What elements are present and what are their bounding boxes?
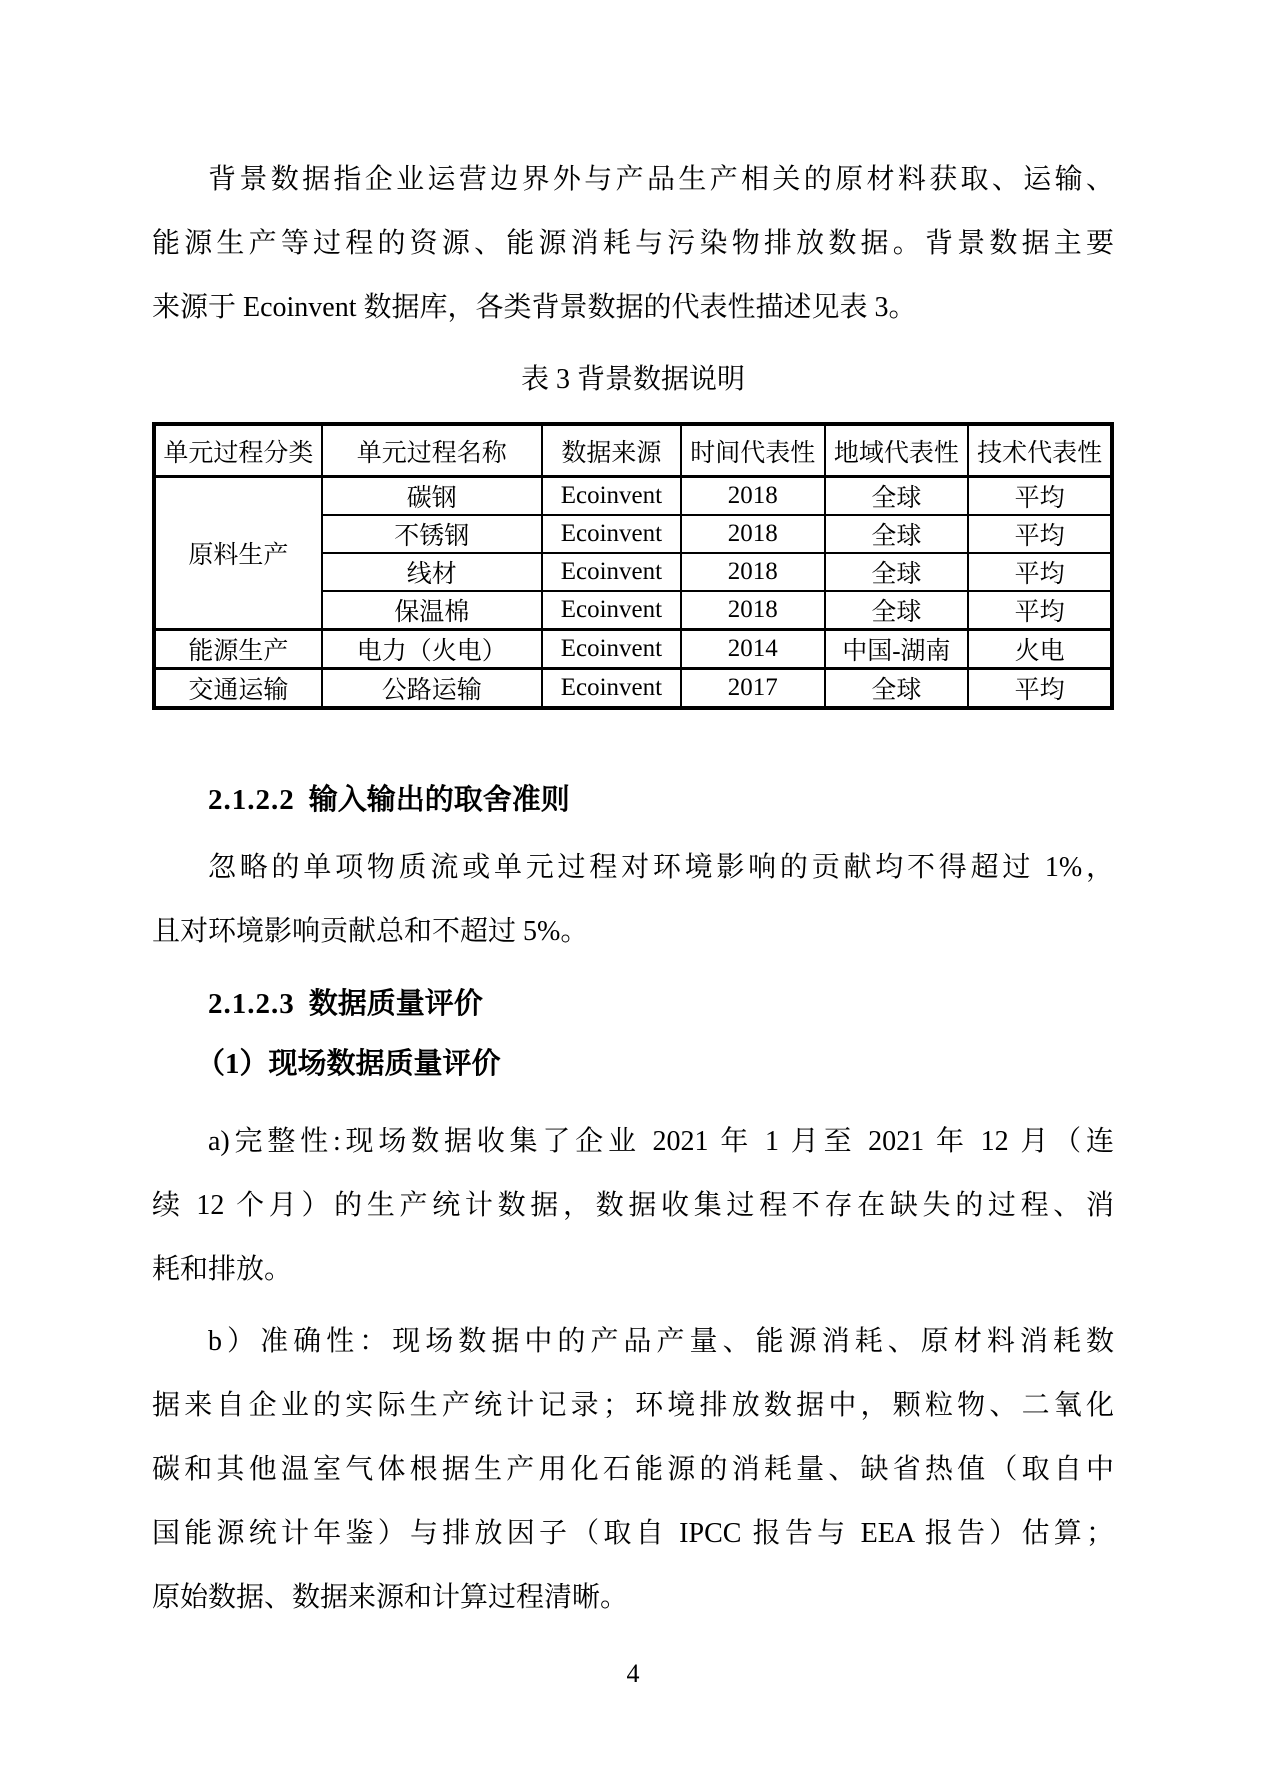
category-cell: 能源生产: [154, 630, 322, 669]
category-cell: 原料生产: [154, 477, 322, 630]
column-header-region: 地域代表性: [825, 424, 969, 477]
document-page: 背景数据指企业运营边界外与产品生产相关的原材料获取、运输、 能源生产等过程的资源…: [0, 0, 1266, 1790]
name-cell: 不锈钢: [322, 515, 542, 553]
source-cell: Ecoinvent: [542, 630, 681, 669]
region-cell: 全球: [825, 553, 969, 591]
name-cell: 公路运输: [322, 669, 542, 709]
column-header-category: 单元过程分类: [154, 424, 322, 477]
name-cell: 保温棉: [322, 591, 542, 630]
tech-cell: 平均: [968, 553, 1112, 591]
time-cell: 2018: [681, 591, 825, 630]
time-cell: 2018: [681, 515, 825, 553]
paragraph-accuracy: b）准确性：现场数据中的产品产量、能源消耗、原材料消耗数 据来自企业的实际生产统…: [152, 1310, 1114, 1630]
name-cell: 线材: [322, 553, 542, 591]
text-line: 背景数据指企业运营边界外与产品生产相关的原材料获取、运输、: [152, 148, 1114, 212]
table-header-row: 单元过程分类 单元过程名称 数据来源 时间代表性 地域代表性 技术代表性: [154, 424, 1112, 477]
table-row: 交通运输 公路运输 Ecoinvent 2017 全球 平均: [154, 669, 1112, 709]
name-cell: 碳钢: [322, 477, 542, 516]
text-line: b）准确性：现场数据中的产品产量、能源消耗、原材料消耗数: [152, 1310, 1114, 1374]
source-cell: Ecoinvent: [542, 553, 681, 591]
tech-cell: 平均: [968, 591, 1112, 630]
section-heading-2-1-2-3: 2.1.2.3数据质量评价: [152, 984, 1114, 1024]
name-cell: 电力（火电）: [322, 630, 542, 669]
page-content: 背景数据指企业运营边界外与产品生产相关的原材料获取、运输、 能源生产等过程的资源…: [152, 0, 1114, 1694]
text-line: 据来自企业的实际生产统计记录；环境排放数据中，颗粒物、二氧化: [152, 1374, 1114, 1438]
region-cell: 全球: [825, 477, 969, 516]
text-line: 碳和其他温室气体根据生产用化石能源的消耗量、缺省热值（取自中: [152, 1438, 1114, 1502]
table-row: 原料生产 碳钢 Ecoinvent 2018 全球 平均: [154, 477, 1112, 516]
time-cell: 2014: [681, 630, 825, 669]
paragraph-cutoff-rules: 忽略的单项物质流或单元过程对环境影响的贡献均不得超过 1%， 且对环境影响贡献总…: [152, 836, 1114, 964]
text-line: 耗和排放。: [152, 1238, 1114, 1302]
section-heading-2-1-2-2: 2.1.2.2输入输出的取舍准则: [152, 780, 1114, 820]
source-cell: Ecoinvent: [542, 515, 681, 553]
section-number: 2.1.2.2: [208, 784, 295, 816]
source-cell: Ecoinvent: [542, 477, 681, 516]
background-data-table: 单元过程分类 单元过程名称 数据来源 时间代表性 地域代表性 技术代表性 原料生…: [152, 422, 1114, 710]
text-line: 国能源统计年鉴）与排放因子（取自 IPCC 报告与 EEA 报告）估算；: [152, 1502, 1114, 1566]
tech-cell: 平均: [968, 515, 1112, 553]
paragraph-completeness: a)完整性:现场数据收集了企业 2021 年 1 月至 2021 年 12 月（…: [152, 1110, 1114, 1302]
region-cell: 全球: [825, 669, 969, 709]
category-cell: 交通运输: [154, 669, 322, 709]
time-cell: 2018: [681, 553, 825, 591]
region-cell: 中国-湖南: [825, 630, 969, 669]
table-caption: 表 3 背景数据说明: [152, 358, 1114, 402]
tech-cell: 平均: [968, 477, 1112, 516]
section-title: 输入输出的取舍准则: [309, 784, 570, 816]
tech-cell: 平均: [968, 669, 1112, 709]
region-cell: 全球: [825, 515, 969, 553]
source-cell: Ecoinvent: [542, 669, 681, 709]
page-number: 4: [152, 1654, 1114, 1694]
column-header-tech: 技术代表性: [968, 424, 1112, 477]
region-cell: 全球: [825, 591, 969, 630]
text-line: a)完整性:现场数据收集了企业 2021 年 1 月至 2021 年 12 月（…: [152, 1110, 1114, 1174]
source-cell: Ecoinvent: [542, 591, 681, 630]
text-line: 忽略的单项物质流或单元过程对环境影响的贡献均不得超过 1%，: [152, 836, 1114, 900]
section-title: 数据质量评价: [309, 988, 483, 1020]
text-line: 且对环境影响贡献总和不超过 5%。: [152, 900, 1114, 964]
section-number: 2.1.2.3: [208, 988, 295, 1020]
time-cell: 2018: [681, 477, 825, 516]
column-header-time: 时间代表性: [681, 424, 825, 477]
column-header-name: 单元过程名称: [322, 424, 542, 477]
tech-cell: 火电: [968, 630, 1112, 669]
text-line: 能源生产等过程的资源、能源消耗与污染物排放数据。背景数据主要: [152, 212, 1114, 276]
column-header-source: 数据来源: [542, 424, 681, 477]
text-line: 续 12 个月）的生产统计数据，数据收集过程不存在缺失的过程、消: [152, 1174, 1114, 1238]
table-row: 能源生产 电力（火电） Ecoinvent 2014 中国-湖南 火电: [154, 630, 1112, 669]
time-cell: 2017: [681, 669, 825, 709]
subsection-heading-site-data: （1）现场数据质量评价: [152, 1044, 1114, 1084]
text-line: 来源于 Ecoinvent 数据库，各类背景数据的代表性描述见表 3。: [152, 276, 1114, 340]
text-line: 原始数据、数据来源和计算过程清晰。: [152, 1566, 1114, 1630]
paragraph-intro: 背景数据指企业运营边界外与产品生产相关的原材料获取、运输、 能源生产等过程的资源…: [152, 148, 1114, 340]
